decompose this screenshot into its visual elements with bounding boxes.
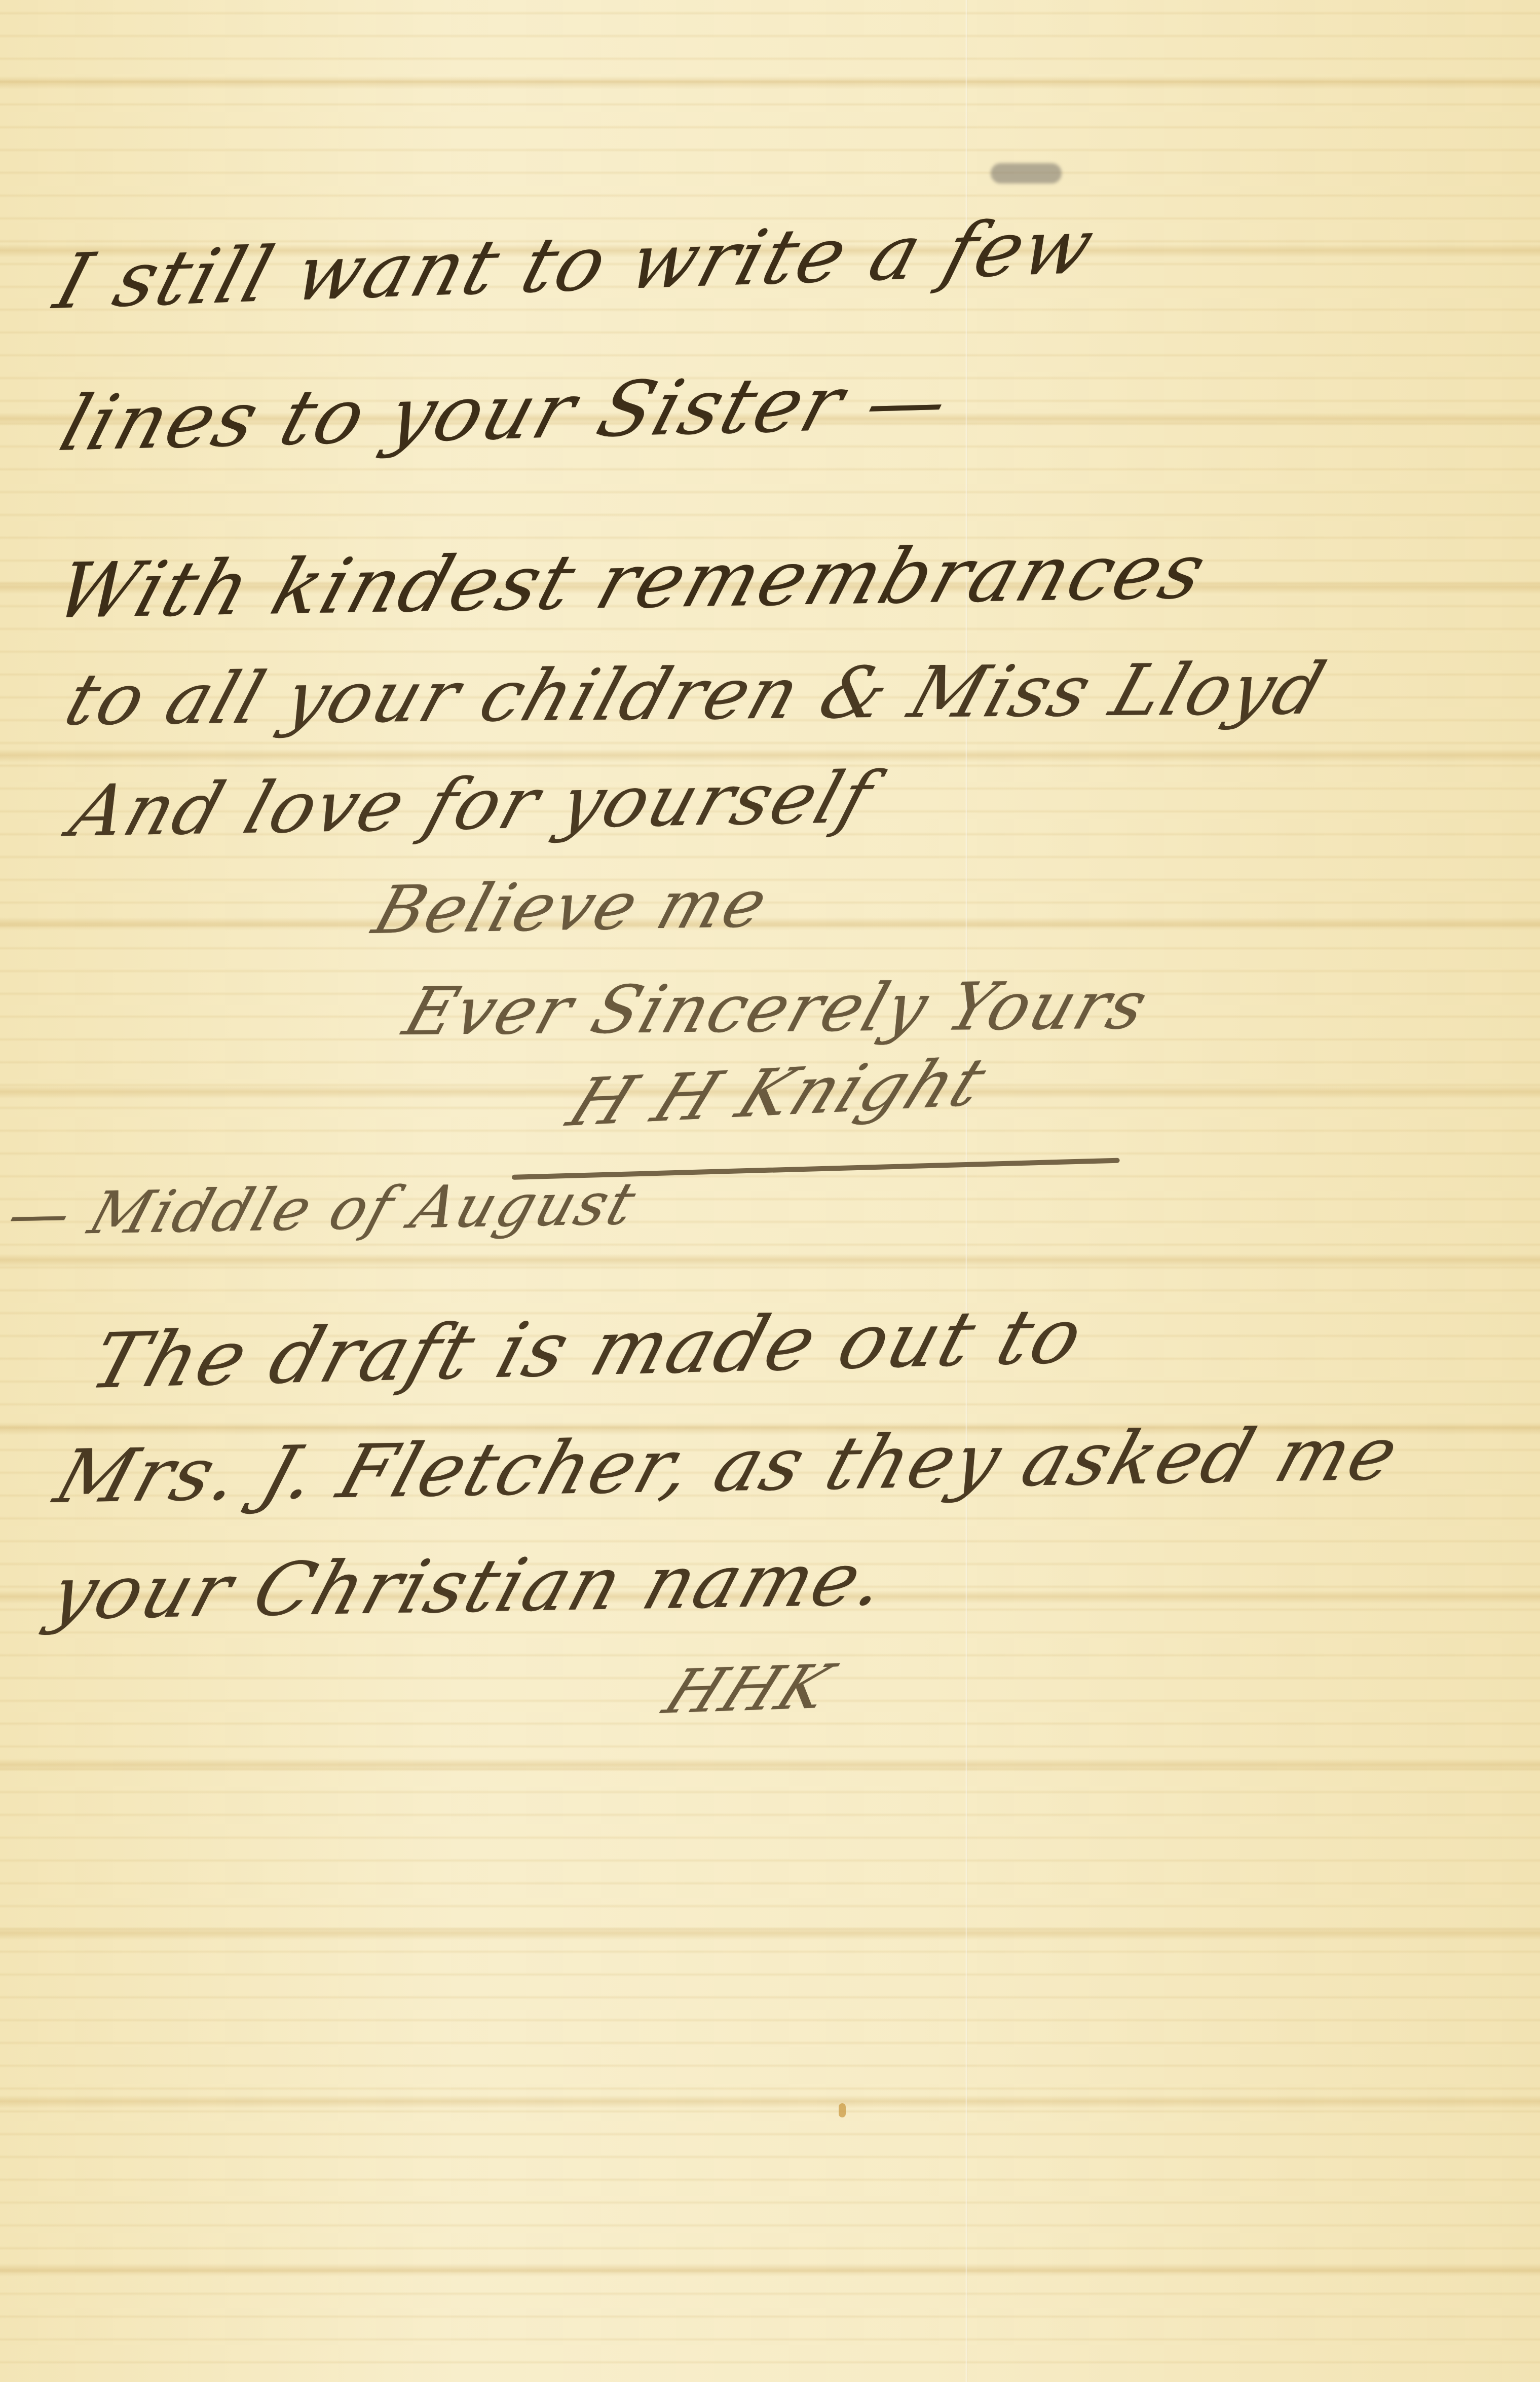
body-line-4: to all your children & Miss Lloyd bbox=[56, 648, 1336, 741]
paper-fold-crease bbox=[965, 0, 967, 2382]
closing-line-1: Believe me bbox=[365, 865, 778, 949]
postscript-line-1: The draft is made out to bbox=[81, 1292, 1095, 1406]
postscript-line-3: your Christian name. bbox=[41, 1537, 898, 1636]
body-line-2: lines to your Sister — bbox=[51, 357, 961, 468]
body-line-3: With kindest remembrances bbox=[46, 528, 1217, 636]
body-line-1: I still want to write a few bbox=[46, 203, 1105, 326]
closing-line-2: Ever Sincerely Yours bbox=[395, 966, 1158, 1050]
margin-note: — Middle of August bbox=[0, 1170, 645, 1249]
letter-page: I still want to write a few lines to you… bbox=[0, 0, 1540, 2382]
postscript-initials: HHK bbox=[654, 1652, 844, 1728]
body-line-5: And love for yourself bbox=[61, 757, 883, 853]
ink-blot bbox=[991, 163, 1062, 183]
paper-stain bbox=[839, 2103, 846, 2117]
postscript-line-2: Mrs. J. Fletcher, as they asked me bbox=[46, 1411, 1410, 1520]
signature: H H Knight bbox=[557, 1044, 999, 1141]
